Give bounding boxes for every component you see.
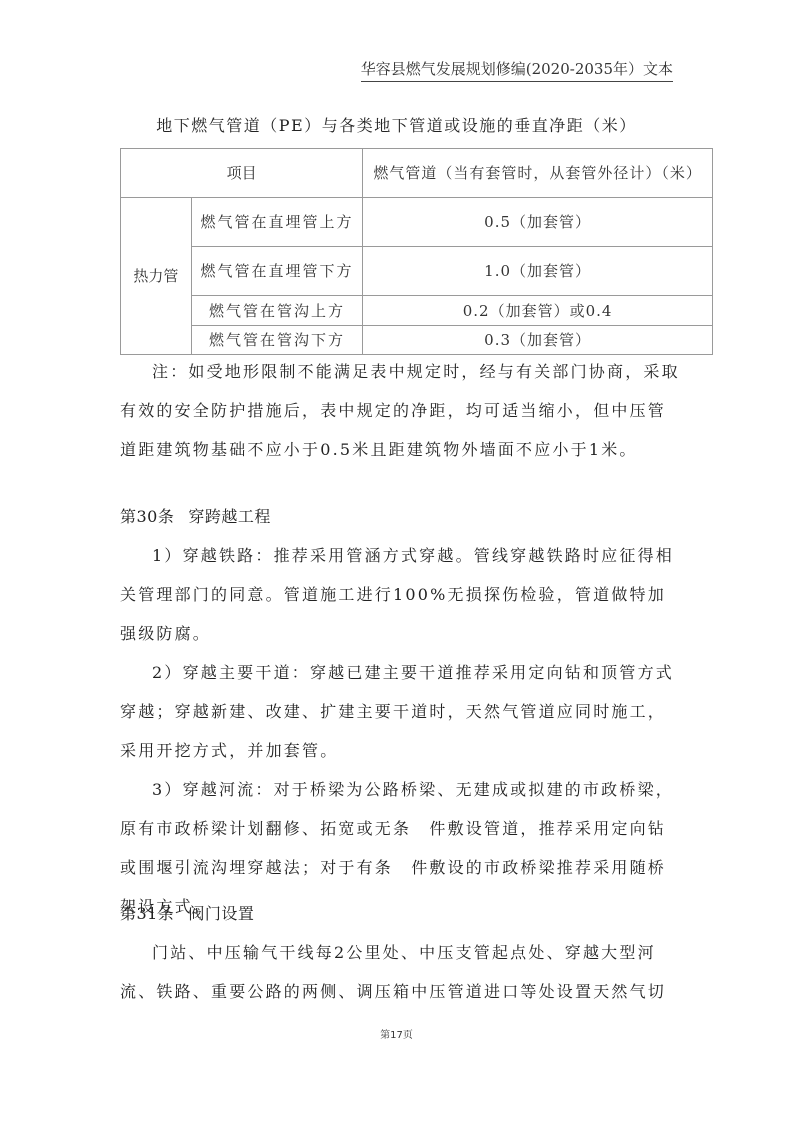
row-value: 1.0（加套管）	[363, 247, 713, 296]
row-value: 0.5（加套管）	[363, 198, 713, 247]
running-header: 华容县燃气发展规划修编(2020-2035年）文本	[361, 58, 673, 82]
row-item: 燃气管在管沟上方	[191, 296, 362, 326]
article-title: 阀门设置	[188, 904, 254, 923]
table-row: 燃气管在管沟上方 0.2（加套管）或0.4	[121, 296, 713, 326]
row-item: 燃气管在直埋管下方	[191, 247, 362, 296]
table-title: 地下燃气管道（PE）与各类地下管道或设施的垂直净距（米）	[0, 113, 793, 136]
article-number: 第31条	[120, 904, 174, 923]
clearance-table: 项目 燃气管道（当有套管时，从套管外径计）（米） 热力管 燃气管在直埋管上方 0…	[120, 148, 713, 355]
article-number: 第30条	[120, 507, 174, 526]
row-value: 0.3（加套管）	[363, 326, 713, 355]
table-row: 燃气管在管沟下方 0.3（加套管）	[121, 326, 713, 355]
section-31: 第31条阀门设置 门站、中压输气干线每2公里处、中压支管起点处、穿越大型河流、铁…	[120, 894, 680, 1011]
article-title: 穿跨越工程	[188, 507, 271, 526]
note-block: 注：如受地形限制不能满足表中规定时，经与有关部门协商，采取有效的安全防护措施后，…	[120, 352, 680, 469]
article-heading: 第30条穿跨越工程	[120, 497, 680, 536]
table-header-row: 项目 燃气管道（当有套管时，从套管外径计）（米）	[121, 149, 713, 198]
row-item: 燃气管在直埋管上方	[191, 198, 362, 247]
article-heading: 第31条阀门设置	[120, 894, 680, 933]
table-row: 燃气管在直埋管下方 1.0（加套管）	[121, 247, 713, 296]
page-number: 第17页	[0, 1026, 793, 1041]
paragraph: 2）穿越主要干道：穿越已建主要干道推荐采用定向钻和顶管方式穿越；穿越新建、改建、…	[120, 653, 680, 770]
paragraph: 1）穿越铁路：推荐采用管涵方式穿越。管线穿越铁路时应征得相关管理部门的同意。管道…	[120, 536, 680, 653]
group-label: 热力管	[121, 198, 192, 355]
row-item: 燃气管在管沟下方	[191, 326, 362, 355]
paragraph: 门站、中压输气干线每2公里处、中压支管起点处、穿越大型河流、铁路、重要公路的两侧…	[120, 933, 680, 1011]
header-item: 项目	[121, 149, 363, 198]
table-note: 注：如受地形限制不能满足表中规定时，经与有关部门协商，采取有效的安全防护措施后，…	[120, 352, 680, 469]
row-value: 0.2（加套管）或0.4	[363, 296, 713, 326]
section-30: 第30条穿跨越工程 1）穿越铁路：推荐采用管涵方式穿越。管线穿越铁路时应征得相关…	[120, 497, 680, 926]
header-value: 燃气管道（当有套管时，从套管外径计）（米）	[363, 149, 713, 198]
table-row: 热力管 燃气管在直埋管上方 0.5（加套管）	[121, 198, 713, 247]
